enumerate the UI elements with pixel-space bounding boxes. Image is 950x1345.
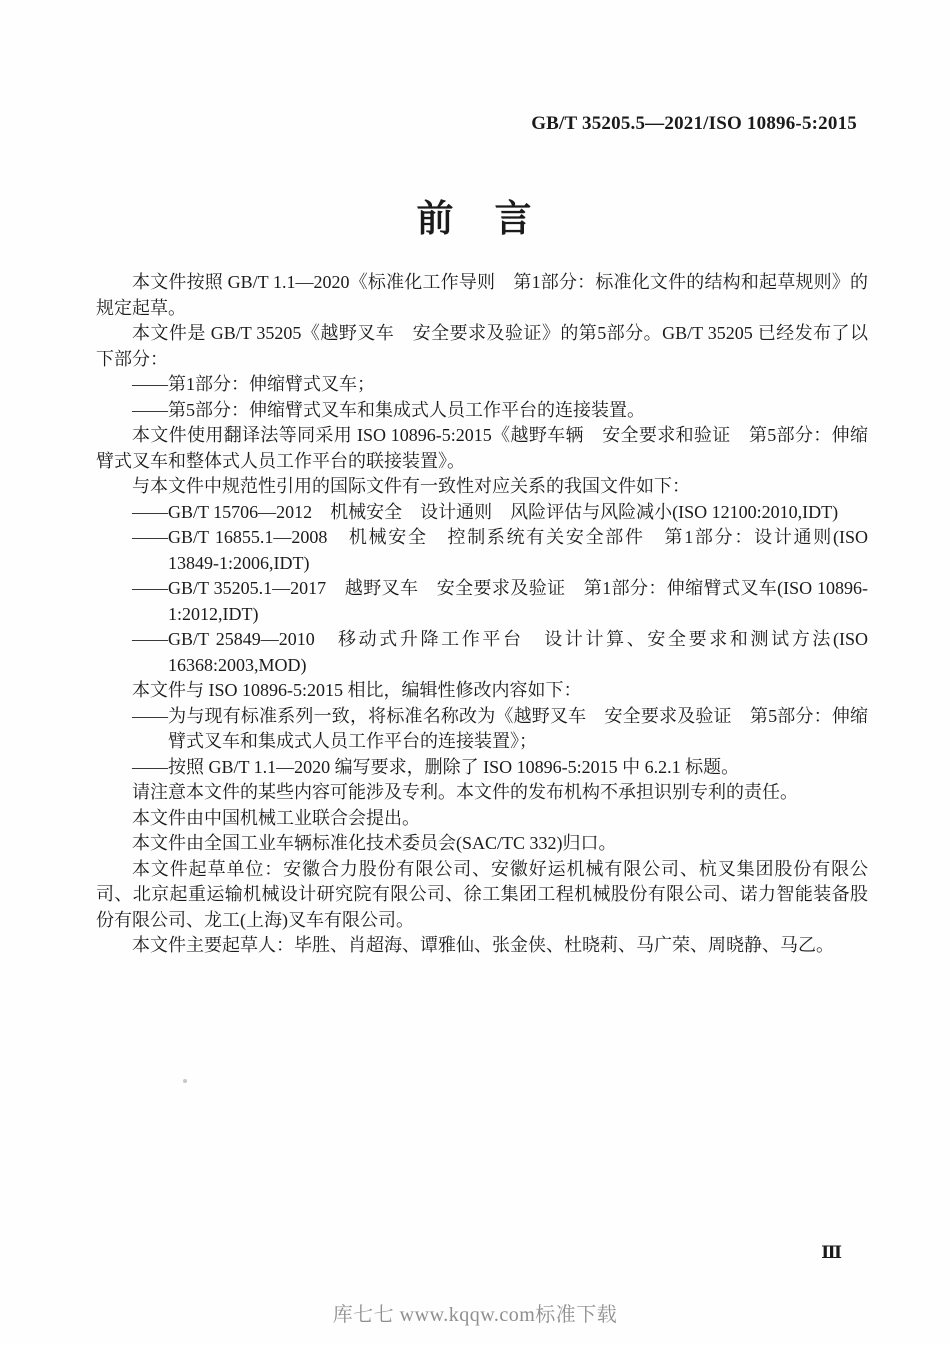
paragraph-committee: 本文件由全国工业车辆标准化技术委员会(SAC/TC 332)归口。 bbox=[96, 831, 868, 857]
dash-item-gbt25849: ——GB/T 25849—2010 移动式升降工作平台 设计计算、安全要求和测试… bbox=[96, 627, 868, 678]
document-page: GB/T 35205.5—2021/ISO 10896-5:2015 前 言 本… bbox=[0, 0, 950, 1345]
paragraph-editorial-intro: 本文件与 ISO 10896-5:2015 相比，编辑性修改内容如下： bbox=[96, 678, 868, 704]
paragraph-proposer: 本文件由中国机械工业联合会提出。 bbox=[96, 806, 868, 832]
dash-item-rename: ——为与现有标准系列一致，将标准名称改为《越野叉车 安全要求及验证 第5部分：伸… bbox=[96, 704, 868, 755]
paragraph-drafters: 本文件主要起草人：毕胜、肖超海、谭雅仙、张金侠、杜晓莉、马广荣、周晓静、马乙。 bbox=[96, 933, 868, 959]
dash-item-part1: ——第1部分：伸缩臂式叉车； bbox=[96, 372, 868, 398]
paragraph-patent-notice: 请注意本文件的某些内容可能涉及专利。本文件的发布机构不承担识别专利的责任。 bbox=[96, 780, 868, 806]
foreword-body: 本文件按照 GB/T 1.1—2020《标准化工作导则 第1部分：标准化文件的结… bbox=[96, 270, 868, 959]
paragraph-drafting-orgs: 本文件起草单位：安徽合力股份有限公司、安徽好运机械有限公司、杭叉集团股份有限公司… bbox=[96, 857, 868, 934]
standard-number-header: GB/T 35205.5—2021/ISO 10896-5:2015 bbox=[531, 113, 857, 135]
dash-item-deletion: ——按照 GB/T 1.1—2020 编写要求，删除了 ISO 10896-5:… bbox=[96, 755, 868, 781]
watermark-text: 库七七 www.kqqw.com标准下载 bbox=[0, 1298, 950, 1327]
dash-item-part5: ——第5部分：伸缩臂式叉车和集成式人员工作平台的连接装置。 bbox=[96, 398, 868, 424]
dash-item-gbt16855: ——GB/T 16855.1—2008 机械安全 控制系统有关安全部件 第1部分… bbox=[96, 525, 868, 576]
paragraph-reference-intro: 与本文件中规范性引用的国际文件有一致性对应关系的我国文件如下： bbox=[96, 474, 868, 500]
dash-item-gbt15706: ——GB/T 15706—2012 机械安全 设计通则 风险评估与风险减小(IS… bbox=[96, 500, 868, 526]
paragraph-translation: 本文件使用翻译法等同采用 ISO 10896-5:2015《越野车辆 安全要求和… bbox=[96, 423, 868, 474]
dash-item-gbt35205-1: ——GB/T 35205.1—2017 越野叉车 安全要求及验证 第1部分：伸缩… bbox=[96, 576, 868, 627]
page-title-foreword: 前 言 bbox=[0, 188, 950, 242]
scan-artifact-dot bbox=[183, 1079, 187, 1083]
page-number: Ⅲ bbox=[821, 1243, 842, 1263]
paragraph-series-intro: 本文件是 GB/T 35205《越野叉车 安全要求及验证》的第5部分。GB/T … bbox=[96, 321, 868, 372]
paragraph-drafting-rules: 本文件按照 GB/T 1.1—2020《标准化工作导则 第1部分：标准化文件的结… bbox=[96, 270, 868, 321]
